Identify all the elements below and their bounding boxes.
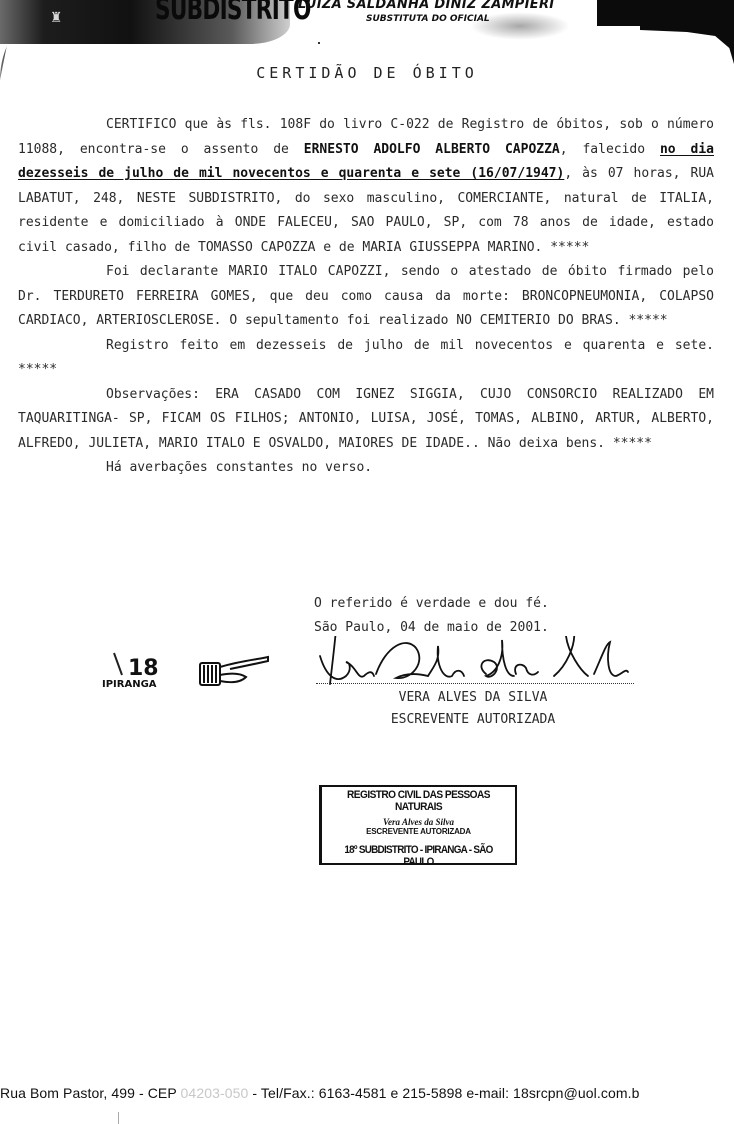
print-dot (318, 42, 320, 44)
footer-address: Rua Bom Pastor, 499 - CEP (0, 1085, 181, 1101)
certificate-body: CERTIFICO que às fls. 108F do livro C-02… (18, 113, 714, 481)
svg-text:18: 18 (128, 656, 159, 681)
signer-name: VERA ALVES DA SILVA (314, 687, 632, 709)
pointing-hand-seal-icon: 18 IPIRANGA (100, 645, 270, 690)
letterhead-right-curve (640, 24, 734, 64)
signer-role: ESCREVENTE AUTORIZADA (314, 709, 632, 731)
paragraph-registration: Registro feito em dezesseis de julho de … (18, 334, 714, 383)
paragraph-annotations: Há averbações constantes no verso. (18, 456, 714, 481)
document-title: CERTIDÃO DE ÓBITO (0, 64, 734, 82)
handwritten-signature-icon (316, 636, 636, 686)
stamp-role: ESCREVENTE AUTORIZADA (322, 827, 515, 836)
print-smudge (470, 12, 570, 40)
footer-email: e-mail: 18srcpn@uol.com.b (462, 1085, 639, 1101)
registry-stamp: REGISTRO CIVIL DAS PESSOAS NATURAIS Vera… (319, 785, 517, 865)
paragraph-observations: Observações: ERA CASADO COM IGNEZ SIGGIA… (18, 383, 714, 457)
stamp-signature: Vera Alves da Silva (322, 817, 515, 827)
stamp-registry-name: REGISTRO CIVIL DAS PESSOAS NATURAIS (330, 789, 508, 813)
scan-mark (118, 1112, 119, 1124)
footer-cep: 04203-050 (181, 1085, 249, 1101)
closing-block: O referido é verdade e dou fé. São Paulo… (314, 592, 549, 640)
attestation: O referido é verdade e dou fé. (314, 592, 549, 616)
footer-phones: - Tel/Fax.: 6163-4581 e 215-5898 (248, 1085, 462, 1101)
signature-line (316, 683, 634, 684)
svg-text:IPIRANGA: IPIRANGA (102, 679, 157, 690)
paragraph-declarant: Foi declarante MARIO ITALO CAPOZZI, send… (18, 260, 714, 334)
paragraph-certification: CERTIFICO que às fls. 108F do livro C-02… (18, 113, 714, 260)
officer-name: LUIZA SALDANHA DINIZ ZAMPIERI (298, 0, 554, 12)
signer-block: VERA ALVES DA SILVA ESCREVENTE AUTORIZAD… (314, 687, 632, 731)
footer-contact: Rua Bom Pastor, 499 - CEP 04203-050 - Te… (0, 1085, 734, 1101)
coat-of-arms-icon: ♜ (48, 10, 64, 26)
stamp-subdistrict: 18º SUBDISTRITO - IPIRANGA - SÃO PAULO (332, 844, 506, 868)
office-title: SUBDISTRITO (155, 0, 311, 27)
letterhead-right-block (597, 0, 734, 26)
deceased-name: ERNESTO ADOLFO ALBERTO CAPOZZA (304, 142, 560, 157)
